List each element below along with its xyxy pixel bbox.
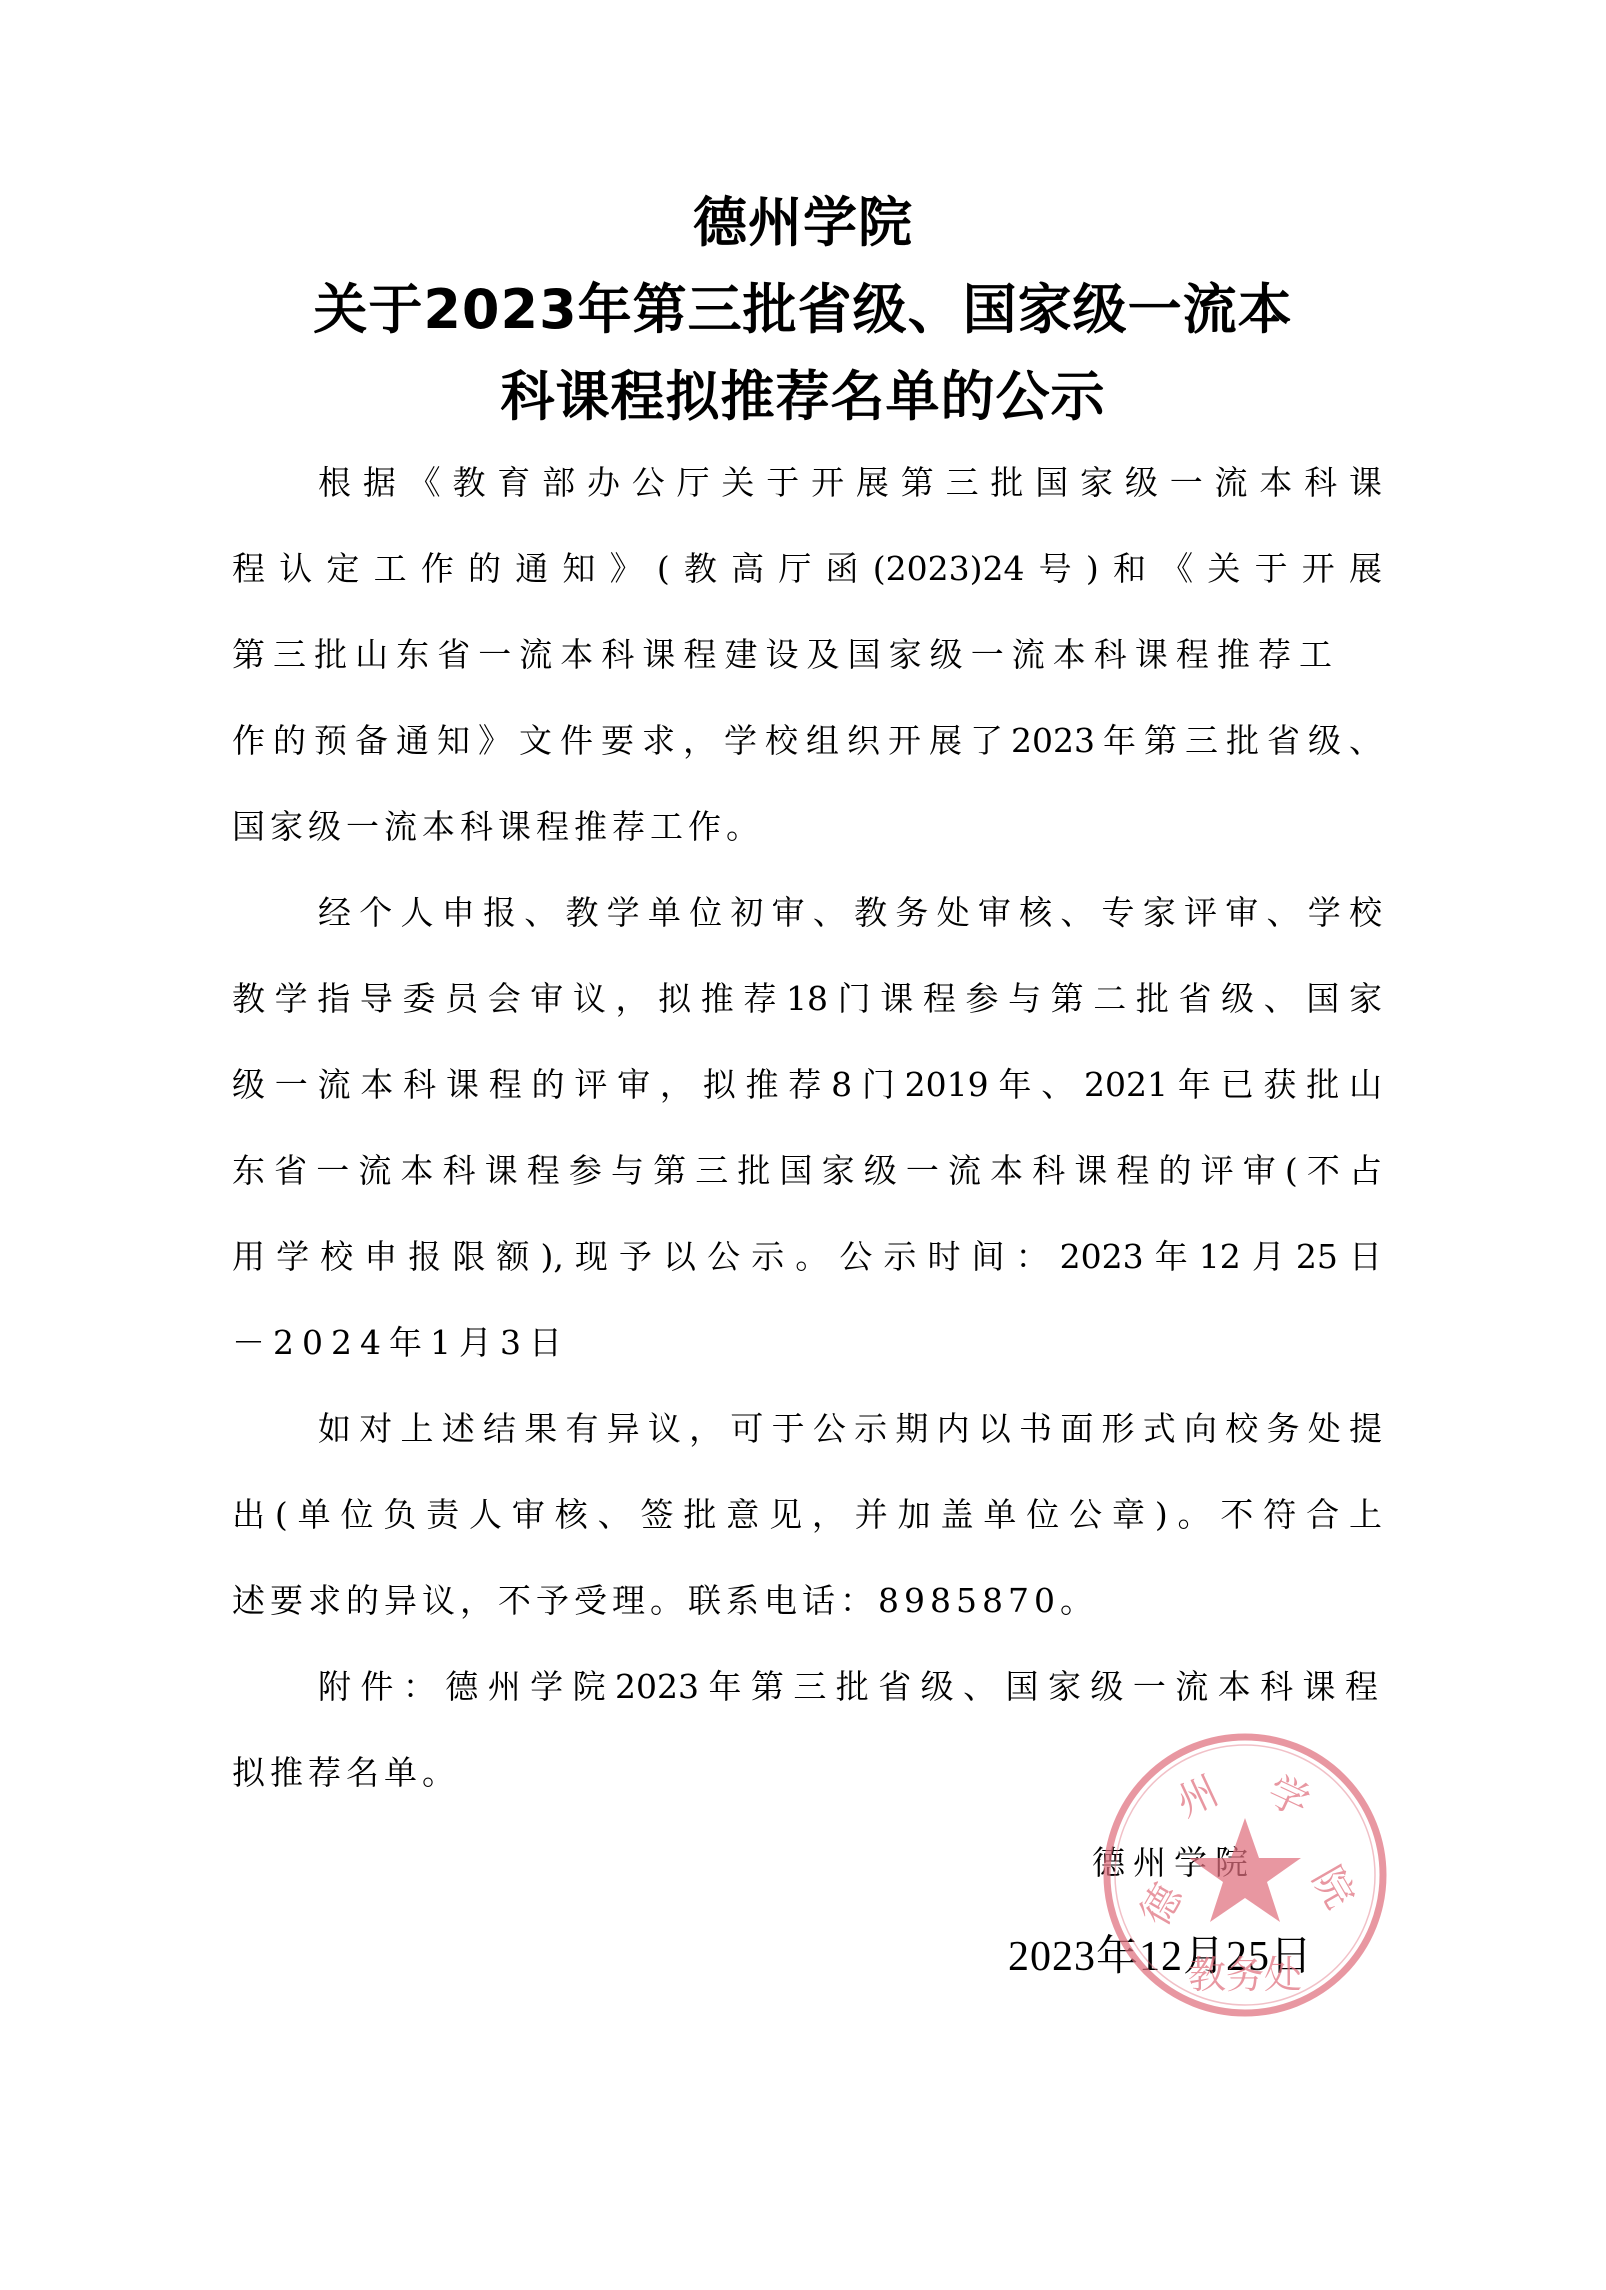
document-page: 德州学院 关于2023年第三批省级、国家级一流本 科课程拟推荐名单的公示 根据《…	[0, 0, 1606, 2290]
paragraph-1-line-2: 程认定工作的通知》(教高厅函(2023)24号)和《关于开展	[232, 552, 1382, 585]
paragraph-3-line-3: 述要求的异议，不予受理。联系电话：8985870。	[232, 1584, 1382, 1617]
paragraph-2-line-5: 用学校申报限额),现予以公示。公示时间：2023年12月25日	[232, 1240, 1382, 1273]
title-org: 德州学院	[0, 196, 1606, 250]
paragraph-1-line-1: 根据《教育部办公厅关于开展第三批国家级一流本科课	[318, 466, 1382, 499]
svg-text:院: 院	[1303, 1859, 1363, 1917]
paragraph-2-line-3: 级一流本科课程的评审，拟推荐8门2019年、2021年已获批山	[232, 1068, 1382, 1101]
attachment-line-2: 拟推荐名单。	[232, 1756, 1382, 1789]
attachment-line-1: 附件：德州学院2023年第三批省级、国家级一流本科课程	[318, 1670, 1378, 1703]
paragraph-3-line-2: 出(单位负责人审核、签批意见，并加盖单位公章)。不符合上	[232, 1498, 1382, 1531]
paragraph-1-line-5: 国家级一流本科课程推荐工作。	[232, 810, 1382, 843]
paragraph-2-line-6: －2024年1月3日	[232, 1326, 1382, 1359]
signature-date: 2023年12月25日	[1008, 1936, 1313, 1978]
title-line-3: 科课程拟推荐名单的公示	[0, 370, 1606, 424]
svg-text:德: 德	[1132, 1875, 1192, 1934]
paragraph-2-line-1: 经个人申报、教学单位初审、教务处审核、专家评审、学校	[318, 896, 1382, 929]
title-line-2: 关于2023年第三批省级、国家级一流本	[0, 283, 1606, 337]
paragraph-2-line-4: 东省一流本科课程参与第三批国家级一流本科课程的评审(不占	[232, 1154, 1382, 1187]
signature-organization: 德州学院	[1092, 1846, 1256, 1879]
paragraph-1-line-3: 第三批山东省一流本科课程建设及国家级一流本科课程推荐工	[232, 638, 1332, 671]
paragraph-2-line-2: 教学指导委员会审议，拟推荐18门课程参与第二批省级、国家	[232, 982, 1382, 1015]
paragraph-1-line-4: 作的预备通知》文件要求，学校组织开展了2023年第三批省级、	[232, 724, 1382, 757]
paragraph-3-line-1: 如对上述结果有异议，可于公示期内以书面形式向校务处提	[318, 1412, 1382, 1445]
